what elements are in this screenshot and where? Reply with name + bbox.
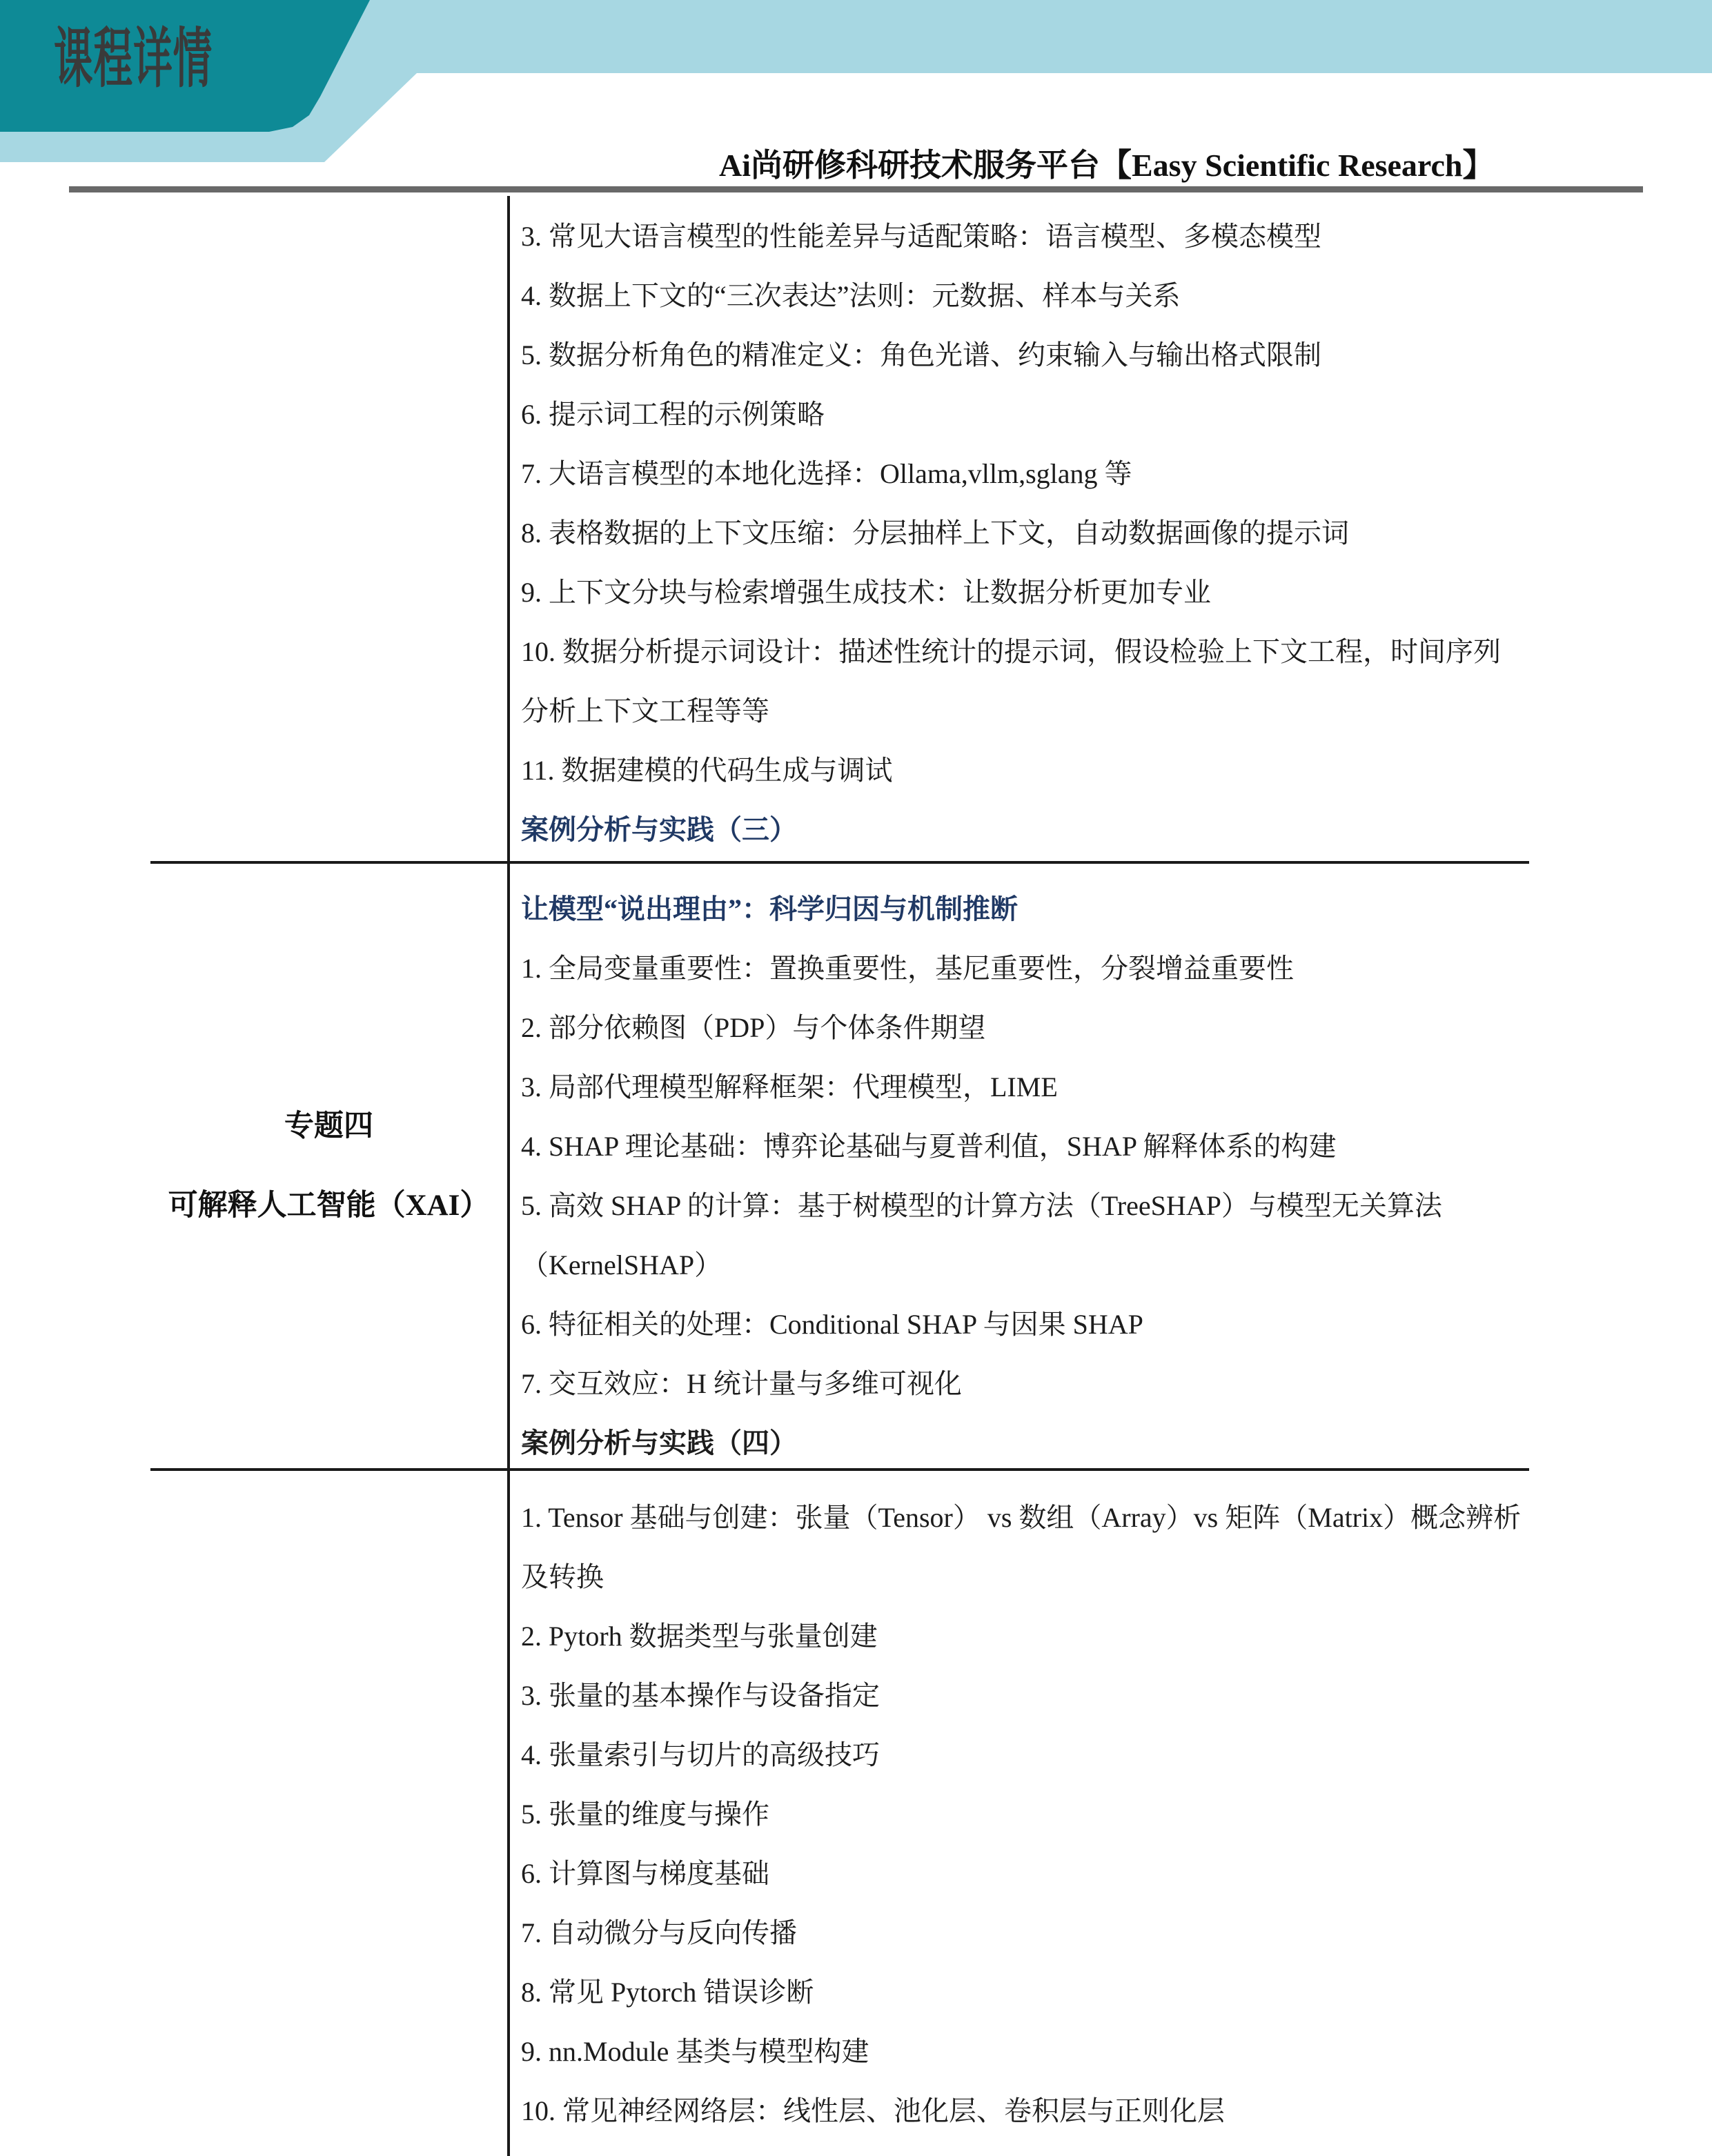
row2-content-cell: 让模型“说出理由”：科学归因与机制推断 1. 全局变量重要性：置换重要性，基尼重… — [521, 880, 1523, 1473]
topic-title: 可解释人工智能（XAI） — [168, 1166, 490, 1245]
row1-content-cell: 3. 常见大语言模型的性能差异与适配策略：语言模型、多模态模型4. 数据上下文的… — [521, 207, 1523, 860]
course-item: 9. nn.Module 基类与模型构建 — [521, 2022, 1523, 2081]
course-item: 6. 计算图与梯度基础 — [521, 1844, 1523, 1903]
topic-number: 专题四 — [284, 1087, 373, 1166]
course-item: 6. 提示词工程的示例策略 — [521, 385, 1523, 444]
header-divider-rule — [69, 186, 1643, 192]
course-item: 5. 数据分析角色的精准定义：角色光谱、约束输入与输出格式限制 — [521, 326, 1523, 385]
course-item: 4. 张量索引与切片的高级技巧 — [521, 1725, 1523, 1785]
course-item: 8. 表格数据的上下文压缩：分层抽样上下文，自动数据画像的提示词 — [521, 504, 1523, 563]
course-item: 8. 常见 Pytorch 错误诊断 — [521, 1963, 1523, 2022]
course-item: 9. 上下文分块与检索增强生成技术：让数据分析更加专业 — [521, 563, 1523, 622]
course-item: 7. 交互效应：H 统计量与多维可视化 — [521, 1354, 1523, 1414]
row2-item-list: 1. 全局变量重要性：置换重要性，基尼重要性，分裂增益重要性2. 部分依赖图（P… — [521, 939, 1523, 1414]
table-column-divider — [507, 196, 510, 2156]
course-item: 2. Pytorh 数据类型与张量创建 — [521, 1607, 1523, 1666]
platform-title: Ai尚研修科研技术服务平台【Easy Scientific Research】 — [719, 140, 1495, 186]
row1-item-list: 3. 常见大语言模型的性能差异与适配策略：语言模型、多模态模型4. 数据上下文的… — [521, 207, 1523, 800]
row3-content-cell: 1. Tensor 基础与创建：张量（Tensor） vs 数组（Array）v… — [521, 1488, 1523, 2141]
course-item: 6. 特征相关的处理：Conditional SHAP 与因果 SHAP — [521, 1295, 1523, 1354]
course-item: 1. 全局变量重要性：置换重要性，基尼重要性，分裂增益重要性 — [521, 939, 1523, 998]
course-item: 2. 部分依赖图（PDP）与个体条件期望 — [521, 998, 1523, 1058]
course-detail-page: 课程详情 Ai尚研修科研技术服务平台【Easy Scientific Resea… — [0, 0, 1712, 2156]
row2-section-heading: 让模型“说出理由”：科学归因与机制推断 — [521, 880, 1523, 939]
course-item: 5. 张量的维度与操作 — [521, 1785, 1523, 1844]
course-item: 10. 数据分析提示词设计：描述性统计的提示词，假设检验上下文工程，时间序列分析… — [521, 622, 1523, 741]
page-banner-title: 课程详情 — [54, 23, 213, 94]
course-item: 5. 高效 SHAP 的计算：基于树模型的计算方法（TreeSHAP）与模型无关… — [521, 1176, 1523, 1295]
course-item: 3. 张量的基本操作与设备指定 — [521, 1666, 1523, 1725]
course-item: 7. 自动微分与反向传播 — [521, 1903, 1523, 1963]
course-item: 3. 局部代理模型解释框架：代理模型，LIME — [521, 1058, 1523, 1117]
course-item: 7. 大语言模型的本地化选择：Ollama,vllm,sglang 等 — [521, 444, 1523, 504]
course-item: 3. 常见大语言模型的性能差异与适配策略：语言模型、多模态模型 — [521, 207, 1523, 266]
course-item: 11. 数据建模的代码生成与调试 — [521, 741, 1523, 800]
topic-cell-xai: 专题四 可解释人工智能（XAI） — [150, 864, 507, 1468]
case-practice-label-4: 案例分析与实践（四） — [521, 1414, 1523, 1473]
row3-item-list: 1. Tensor 基础与创建：张量（Tensor） vs 数组（Array）v… — [521, 1488, 1523, 2141]
case-practice-label-3: 案例分析与实践（三） — [521, 800, 1523, 860]
course-item: 4. 数据上下文的“三次表达”法则：元数据、样本与关系 — [521, 266, 1523, 326]
course-item: 4. SHAP 理论基础：博弈论基础与夏普利值，SHAP 解释体系的构建 — [521, 1117, 1523, 1176]
course-item: 10. 常见神经网络层：线性层、池化层、卷积层与正则化层 — [521, 2081, 1523, 2141]
course-item: 1. Tensor 基础与创建：张量（Tensor） vs 数组（Array）v… — [521, 1488, 1523, 1607]
